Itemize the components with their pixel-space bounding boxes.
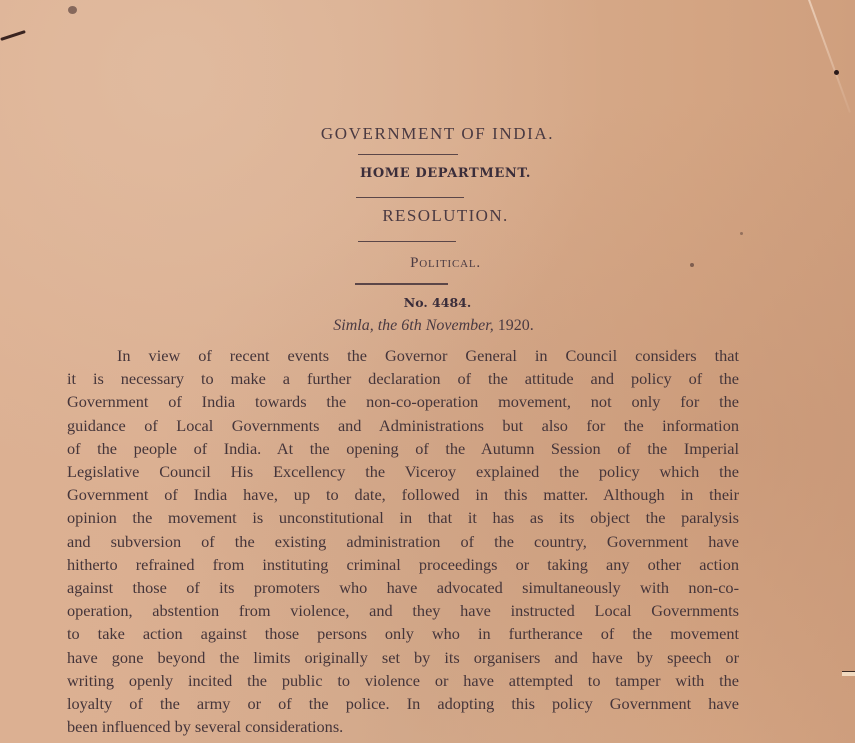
divider-rule (356, 197, 464, 198)
body-line: been influenced by several consideration… (67, 715, 739, 738)
body-line: have gone beyond the limits originally s… (67, 646, 739, 669)
body-line: Government of India towards the non-co-o… (67, 390, 739, 413)
resolution-heading: RESOLUTION. (18, 206, 855, 226)
paper-crease (808, 0, 851, 113)
scanned-document-page: GOVERNMENT OF INDIA. HOME DEPARTMENT. RE… (0, 0, 855, 743)
body-line: it is necessary to make a further declar… (67, 367, 739, 390)
body-line: In view of recent events the Governor Ge… (67, 344, 739, 367)
body-line: to take action against those persons onl… (67, 622, 739, 645)
body-line: against those of its promoters who have … (67, 576, 739, 599)
body-line: operation, abstention from violence, and… (67, 599, 739, 622)
body-line: guidance of Local Governments and Admini… (67, 414, 739, 437)
paper-edge-damage (842, 671, 855, 676)
body-line: writing openly incited the public to vio… (67, 669, 739, 692)
resolution-number: No. 4484. (10, 295, 855, 310)
body-line: opinion the movement is unconstitutional… (67, 506, 739, 529)
place-and-date: Simla, the 6th November, 1920. (6, 317, 855, 335)
body-line: Legislative Council His Excellency the V… (67, 460, 739, 483)
body-line: Government of India have, up to date, fo… (67, 483, 739, 506)
ink-stain (740, 232, 743, 235)
government-heading: GOVERNMENT OF INDIA. (10, 124, 855, 144)
ink-stain (68, 6, 77, 14)
divider-rule (358, 241, 456, 242)
resolution-body: In view of recent events the Governor Ge… (67, 344, 739, 743)
body-line: and subversion of the existing administr… (67, 530, 739, 553)
body-line: of the people of India. At the opening o… (67, 437, 739, 460)
body-line-partial: In the first place they (67, 738, 739, 743)
department-heading: HOME DEPARTMENT. (18, 166, 855, 181)
year-text: 1920. (498, 317, 534, 334)
body-line: hitherto refrained from instituting crim… (67, 553, 739, 576)
ink-stain (834, 70, 839, 75)
body-line: loyalty of the army or of the police. In… (67, 692, 739, 715)
divider-rule (355, 283, 448, 285)
divider-rule (358, 154, 458, 155)
paper-tear-mark (0, 30, 26, 41)
category-heading: Political. (18, 255, 855, 272)
place-date-text: Simla, the 6th November, (333, 317, 493, 334)
